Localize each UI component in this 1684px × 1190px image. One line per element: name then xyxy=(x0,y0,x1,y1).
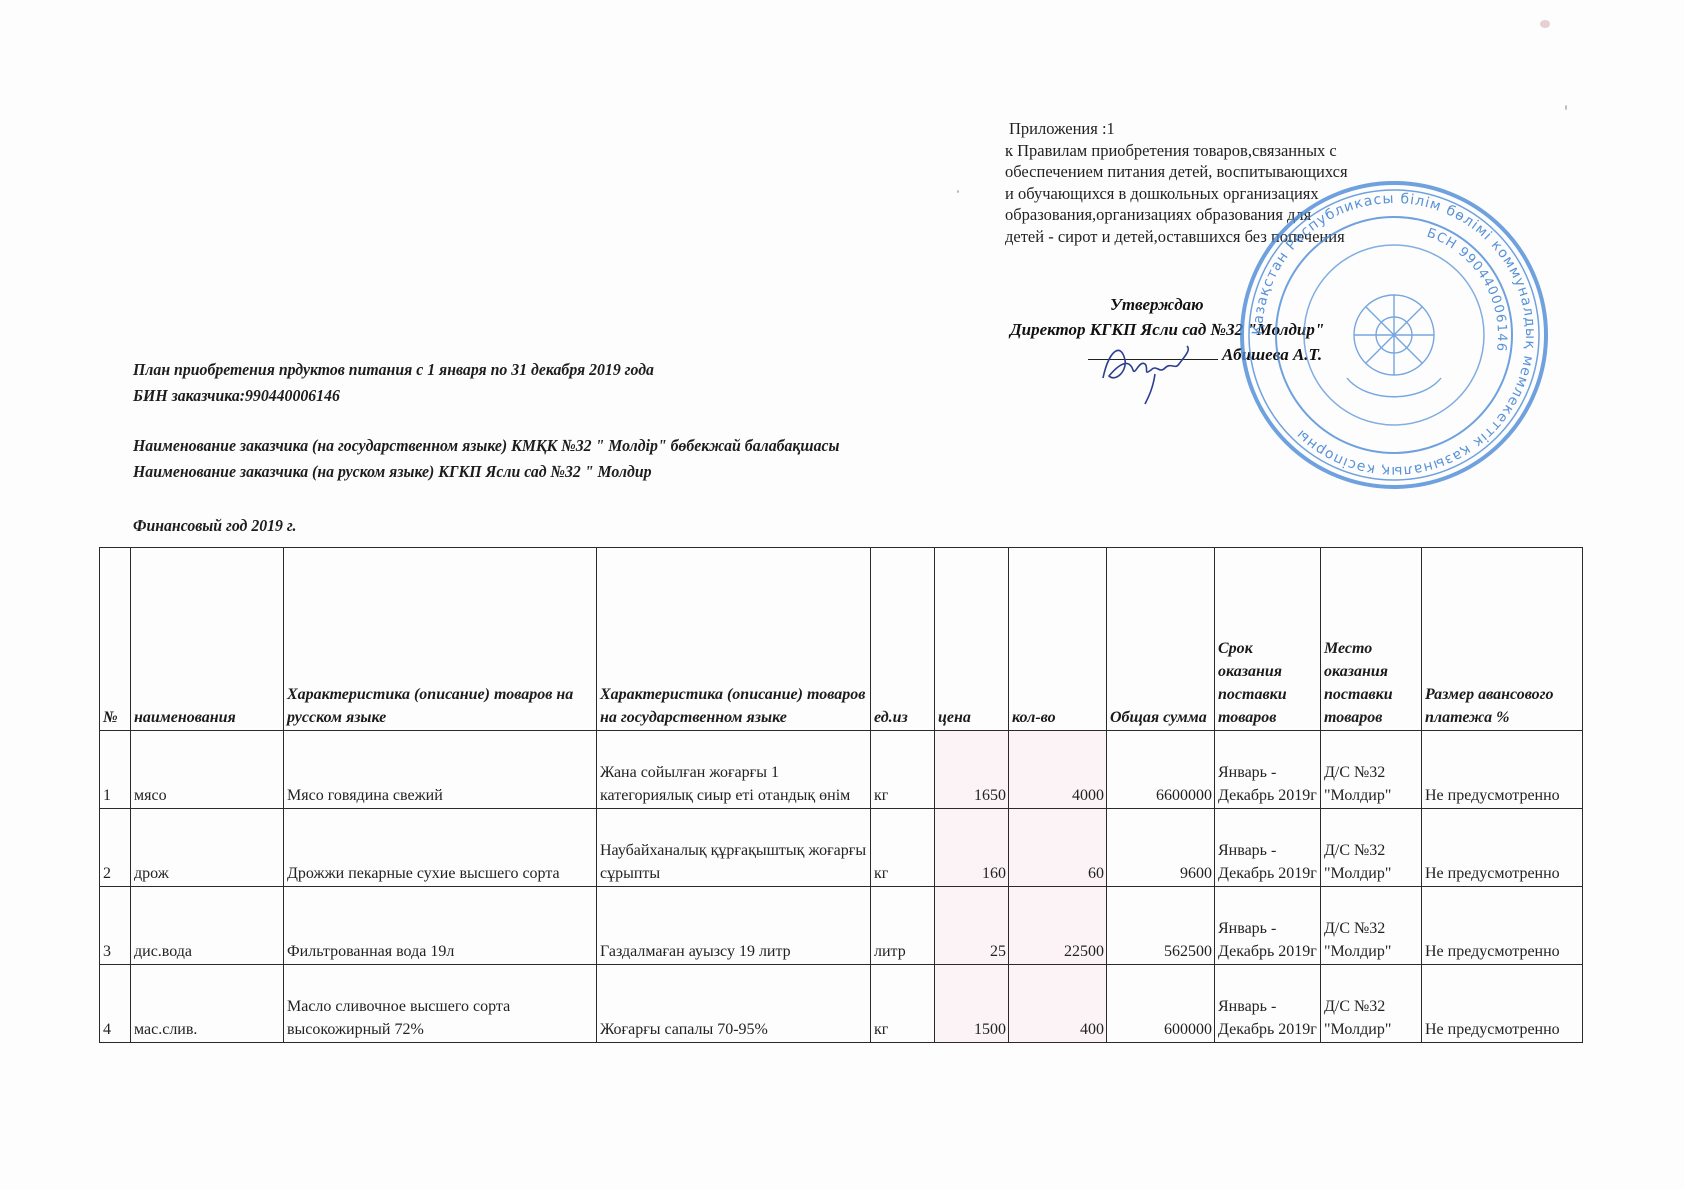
column-header-name: наименования xyxy=(131,548,284,731)
approval-label: Утверждаю xyxy=(1010,292,1430,317)
cell-term: Январь - Декабрь 2019г xyxy=(1215,809,1321,887)
cell-name: дис.вода xyxy=(131,887,284,965)
cell-desc-ru: Дрожжи пекарные сухие высшего сорта xyxy=(284,809,597,887)
cell-desc-kz: Жоғарғы сапалы 70-95% xyxy=(597,965,871,1043)
column-header-no: № xyxy=(100,548,131,731)
cell-name: мас.слив. xyxy=(131,965,284,1043)
cell-term: Январь - Декабрь 2019г xyxy=(1215,965,1321,1043)
approval-signatory-line: Абишева А.Т. xyxy=(1010,342,1430,367)
cell-total: 600000 xyxy=(1107,965,1215,1043)
cell-desc-ru: Мясо говядина свежий xyxy=(284,731,597,809)
cell-unit: кг xyxy=(871,809,935,887)
column-header-total: Общая сумма xyxy=(1107,548,1215,731)
scan-speck xyxy=(957,190,959,193)
cell-desc-kz: Наубайханалық құрғақыштық жоғарғы сұрыпт… xyxy=(597,809,871,887)
cell-no: 2 xyxy=(100,809,131,887)
approval-position: Директор КГКП Ясли сад №32 "Молдир" xyxy=(1010,317,1430,342)
fiscal-year: Финансовый год 2019 г. xyxy=(133,516,296,536)
column-header-term: Срок оказания поставки товаров xyxy=(1215,548,1321,731)
cell-qty: 60 xyxy=(1009,809,1107,887)
customer-bin: БИН заказчика:990440006146 xyxy=(133,386,340,406)
appendix-line: образования,организациях образования для xyxy=(1005,204,1465,226)
cell-total: 562500 xyxy=(1107,887,1215,965)
appendix-line: к Правилам приобретения товаров,связанны… xyxy=(1005,140,1465,162)
cell-price: 1500 xyxy=(935,965,1009,1043)
cell-no: 4 xyxy=(100,965,131,1043)
cell-name: мясо xyxy=(131,731,284,809)
customer-name-ru: Наименование заказчика (на руском языке)… xyxy=(133,462,652,482)
procurement-table: № наименования Характеристика (описание)… xyxy=(99,547,1583,1043)
table-row: 3 дис.вода Фильтрованная вода 19л Газдал… xyxy=(100,887,1583,965)
column-header-price: цена xyxy=(935,548,1009,731)
cell-desc-kz: Газдалмаған ауызсу 19 литр xyxy=(597,887,871,965)
cell-qty: 22500 xyxy=(1009,887,1107,965)
column-header-desc-kz: Характеристика (описание) товаров на гос… xyxy=(597,548,871,731)
column-header-desc-ru: Характеристика (описание) товаров на рус… xyxy=(284,548,597,731)
table-row: 4 мас.слив. Масло сливочное высшего сорт… xyxy=(100,965,1583,1043)
cell-advance: Не предусмотренно xyxy=(1422,965,1583,1043)
cell-place: Д/С №32 "Молдир" xyxy=(1321,965,1422,1043)
table-header-row: № наименования Характеристика (описание)… xyxy=(100,548,1583,731)
column-header-advance: Размер авансового платежа % xyxy=(1422,548,1583,731)
cell-no: 1 xyxy=(100,731,131,809)
cell-place: Д/С №32 "Молдир" xyxy=(1321,809,1422,887)
appendix-line: обеспечением питания детей, воспитывающи… xyxy=(1005,161,1465,183)
table-row: 2 дрож Дрожжи пекарные сухие высшего сор… xyxy=(100,809,1583,887)
appendix-line: и обучающихся в дошкольных организациях xyxy=(1005,183,1465,205)
table-row: 1 мясо Мясо говядина свежий Жана сойылға… xyxy=(100,731,1583,809)
signature-line xyxy=(1088,345,1218,360)
cell-price: 25 xyxy=(935,887,1009,965)
column-header-place: Место оказания поставки товаров xyxy=(1321,548,1422,731)
appendix-line: детей - сирот и детей,оставшихся без поп… xyxy=(1005,226,1465,248)
cell-name: дрож xyxy=(131,809,284,887)
cell-term: Январь - Декабрь 2019г xyxy=(1215,887,1321,965)
cell-qty: 4000 xyxy=(1009,731,1107,809)
customer-name-kz: Наименование заказчика (на государственн… xyxy=(133,436,839,456)
cell-advance: Не предусмотренно xyxy=(1422,731,1583,809)
cell-price: 1650 xyxy=(935,731,1009,809)
cell-desc-ru: Фильтрованная вода 19л xyxy=(284,887,597,965)
cell-desc-ru: Масло сливочное высшего сорта высокожирн… xyxy=(284,965,597,1043)
plan-title: План приобретения прдуктов питания с 1 я… xyxy=(133,360,654,380)
cell-total: 6600000 xyxy=(1107,731,1215,809)
cell-place: Д/С №32 "Молдир" xyxy=(1321,731,1422,809)
cell-unit: литр xyxy=(871,887,935,965)
appendix-note: Приложения :1 к Правилам приобретения то… xyxy=(1005,118,1465,247)
cell-total: 9600 xyxy=(1107,809,1215,887)
cell-price: 160 xyxy=(935,809,1009,887)
appendix-title: Приложения :1 xyxy=(1005,118,1465,140)
cell-place: Д/С №32 "Молдир" xyxy=(1321,887,1422,965)
column-header-unit: ед.из xyxy=(871,548,935,731)
cell-no: 3 xyxy=(100,887,131,965)
scan-speck xyxy=(1565,105,1567,110)
cell-desc-kz: Жана сойылған жоғарғы 1 категориялық сиы… xyxy=(597,731,871,809)
approval-signatory: Абишева А.Т. xyxy=(1222,345,1322,364)
cell-advance: Не предусмотренно xyxy=(1422,809,1583,887)
scan-speck xyxy=(1540,20,1550,28)
cell-advance: Не предусмотренно xyxy=(1422,887,1583,965)
cell-term: Январь - Декабрь 2019г xyxy=(1215,731,1321,809)
cell-qty: 400 xyxy=(1009,965,1107,1043)
column-header-qty: кол-во xyxy=(1009,548,1107,731)
cell-unit: кг xyxy=(871,731,935,809)
approval-block: Утверждаю Директор КГКП Ясли сад №32 "Мо… xyxy=(1010,292,1430,367)
cell-unit: кг xyxy=(871,965,935,1043)
